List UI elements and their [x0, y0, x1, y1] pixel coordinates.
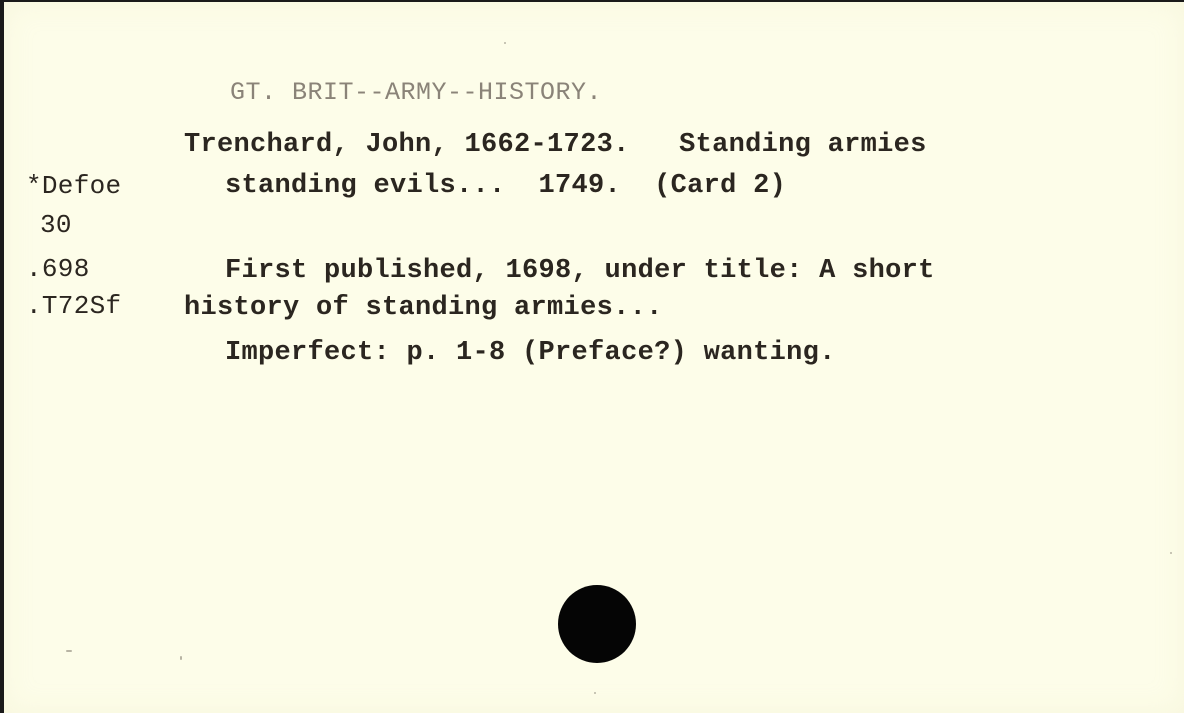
call-number-line-2: 30 — [40, 212, 72, 238]
subject-heading: GT. BRIT--ARMY--HISTORY. — [230, 80, 602, 105]
note-line-3: Imperfect: p. 1-8 (Preface?) wanting. — [225, 340, 836, 367]
call-number-line-1: *Defoe — [26, 173, 121, 199]
note-line-1: First published, 1698, under title: A sh… — [225, 258, 935, 285]
main-entry-line-1: Trenchard, John, 1662-1723. Standing arm… — [184, 132, 927, 159]
paper-speck — [66, 650, 72, 652]
paper-speck — [504, 42, 506, 44]
call-number-line-4: .T72Sf — [26, 293, 121, 319]
paper-speck — [594, 692, 596, 694]
note-line-2: history of standing armies... — [184, 295, 663, 322]
catalog-card: GT. BRIT--ARMY--HISTORY. Trenchard, John… — [4, 2, 1184, 713]
punch-hole — [558, 585, 636, 663]
paper-speck — [1170, 552, 1172, 554]
paper-speck — [180, 656, 182, 660]
main-entry-line-2: standing evils... 1749. (Card 2) — [225, 173, 786, 200]
call-number-line-3: .698 — [26, 256, 90, 282]
